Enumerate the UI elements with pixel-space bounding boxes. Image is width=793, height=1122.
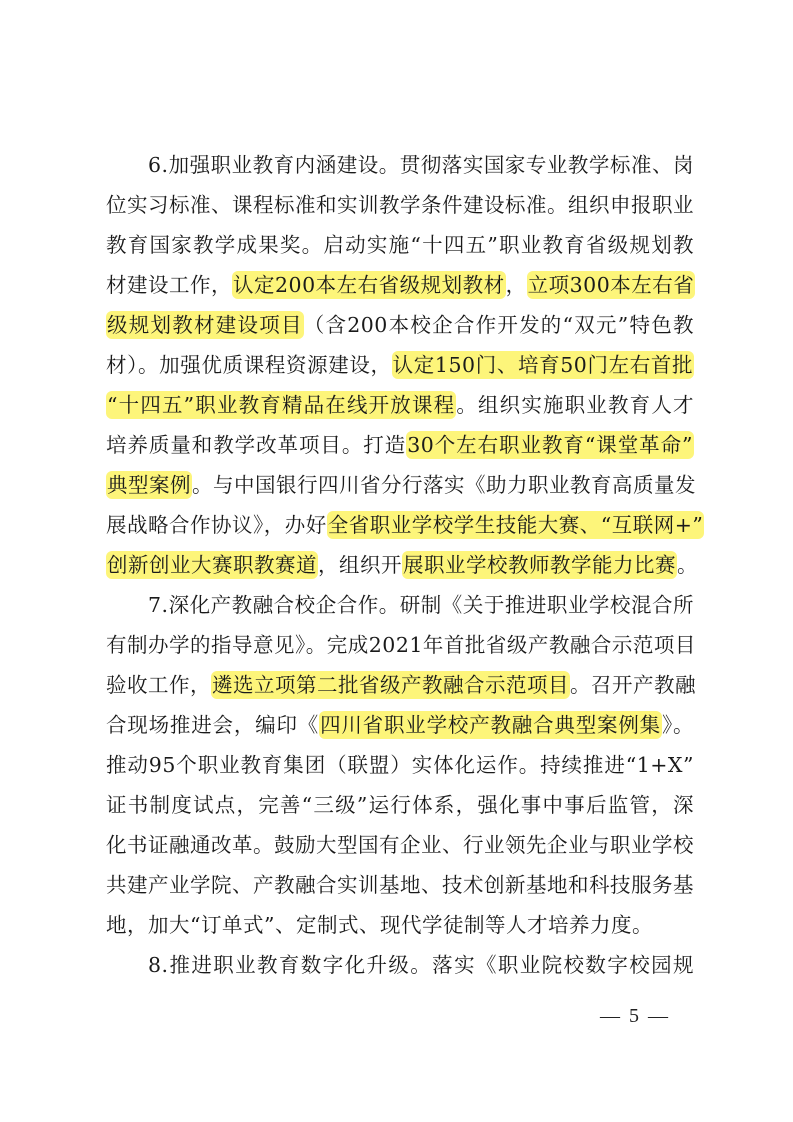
highlighted-text: “十四五”职业教育精品在线开放课程 <box>106 391 456 419</box>
text-segment: 化书证融通改革。鼓励大型国有企业、行业领先企业与职业学校 <box>106 833 694 857</box>
text-line: 培养质量和教学改革项目。打造30个左右职业教育“课堂革命” <box>106 425 694 465</box>
text-line: 位实习标准、课程标准和实训教学条件建设标准。组织申报职业 <box>106 185 694 225</box>
text-line: 展战略合作协议》，办好全省职业学校学生技能大赛、“互联网+” <box>106 505 694 545</box>
highlighted-text: 全省职业学校学生技能大赛、“互联网+” <box>327 511 705 539</box>
text-line: 7.深化产教融合校企合作。研制《关于推进职业学校混合所 <box>106 585 694 625</box>
highlighted-text: 认定150门、培育50门左右首批 <box>392 351 694 379</box>
text-segment: 8.推进职业教育数字化升级。落实《职业院校数字校园规 <box>148 953 694 977</box>
text-line: 材建设工作，认定200本左右省级规划教材，立项300本左右省 <box>106 265 694 305</box>
text-line: 验收工作，遴选立项第二批省级产教融合示范项目。召开产教融 <box>106 665 694 705</box>
text-segment: 合现场推进会，编印《 <box>106 713 319 737</box>
text-segment: 。组织实施职业教育人才 <box>456 393 694 417</box>
text-segment: 》。 <box>662 713 694 737</box>
text-line: 化书证融通改革。鼓励大型国有企业、行业领先企业与职业学校 <box>106 825 694 865</box>
text-segment: 位实习标准、课程标准和实训教学条件建设标准。组织申报职业 <box>106 193 694 217</box>
text-segment: 培养质量和教学改革项目。打造 <box>106 433 406 457</box>
text-line: 创新创业大赛职教赛道，组织开展职业学校教师教学能力比赛。 <box>106 545 694 585</box>
text-line: 合现场推进会，编印《四川省职业学校产教融合典型案例集》。 <box>106 705 694 745</box>
highlighted-text: 立项300本左右省 <box>527 271 696 299</box>
text-segment: 地，加大“订单式”、定制式、现代学徒制等人才培养力度。 <box>106 913 653 937</box>
text-segment: ， <box>506 273 527 297</box>
highlighted-text: 30个左右职业教育“课堂革命” <box>406 431 694 459</box>
text-segment: 材）。加强优质课程资源建设， <box>106 353 392 377</box>
text-segment: 教育国家教学成果奖。启动实施“十四五”职业教育省级规划教 <box>106 233 694 257</box>
text-segment: 。召开产教融 <box>570 673 696 697</box>
document-body: 6.加强职业教育内涵建设。贯彻落实国家专业教学标准、岗位实习标准、课程标准和实训… <box>106 145 694 985</box>
text-line: 共建产业学院、产教融合实训基地、技术创新基地和科技服务基 <box>106 865 694 905</box>
text-segment: 6.加强职业教育内涵建设。贯彻落实国家专业教学标准、岗 <box>148 153 694 177</box>
text-line: 6.加强职业教育内涵建设。贯彻落实国家专业教学标准、岗 <box>106 145 694 185</box>
text-segment: 共建产业学院、产教融合实训基地、技术创新基地和科技服务基 <box>106 873 694 897</box>
highlighted-text: 展职业学校教师教学能力比赛 <box>402 551 677 579</box>
text-segment: 。与中国银行四川省分行落实《助力职业教育高质量发 <box>192 473 696 497</box>
highlighted-text: 认定200本左右省级规划教材 <box>232 271 506 299</box>
text-segment: 有制办学的指导意见》。完成2021年首批省级产教融合示范项目 <box>106 633 696 657</box>
text-line: 材）。加强优质课程资源建设，认定150门、培育50门左右首批 <box>106 345 694 385</box>
text-segment: 推动95个职业教育集团（联盟）实体化运作。持续推进“1+X” <box>106 753 694 777</box>
text-line: 地，加大“订单式”、定制式、现代学徒制等人才培养力度。 <box>106 905 694 945</box>
text-line: 8.推进职业教育数字化升级。落实《职业院校数字校园规 <box>106 945 694 985</box>
highlighted-text: 遴选立项第二批省级产教融合示范项目 <box>211 671 570 699</box>
text-line: 证书制度试点，完善“三级”运行体系，强化事中事后监管，深 <box>106 785 694 825</box>
text-line: 有制办学的指导意见》。完成2021年首批省级产教融合示范项目 <box>106 625 694 665</box>
text-line: 推动95个职业教育集团（联盟）实体化运作。持续推进“1+X” <box>106 745 694 785</box>
highlighted-text: 四川省职业学校产教融合典型案例集 <box>319 711 662 739</box>
highlighted-text: 创新创业大赛职教赛道 <box>106 551 318 579</box>
page-number: — 5 — <box>600 1005 670 1028</box>
text-line: “十四五”职业教育精品在线开放课程。组织实施职业教育人才 <box>106 385 694 425</box>
text-segment: 材建设工作， <box>106 273 232 297</box>
text-segment: 7.深化产教融合校企合作。研制《关于推进职业学校混合所 <box>148 593 694 617</box>
text-segment: 。 <box>677 553 698 577</box>
highlighted-text: 典型案例 <box>106 471 192 499</box>
text-segment: 展战略合作协议》，办好 <box>106 513 327 537</box>
text-line: 教育国家教学成果奖。启动实施“十四五”职业教育省级规划教 <box>106 225 694 265</box>
text-segment: 证书制度试点，完善“三级”运行体系，强化事中事后监管，深 <box>106 793 694 817</box>
text-segment: 验收工作， <box>106 673 211 697</box>
text-segment: （含200本校企合作开发的“双元”特色教 <box>304 313 694 337</box>
text-line: 典型案例。与中国银行四川省分行落实《助力职业教育高质量发 <box>106 465 694 505</box>
highlighted-text: 级规划教材建设项目 <box>106 311 304 339</box>
text-line: 级规划教材建设项目（含200本校企合作开发的“双元”特色教 <box>106 305 694 345</box>
text-segment: ，组织开 <box>318 553 402 577</box>
